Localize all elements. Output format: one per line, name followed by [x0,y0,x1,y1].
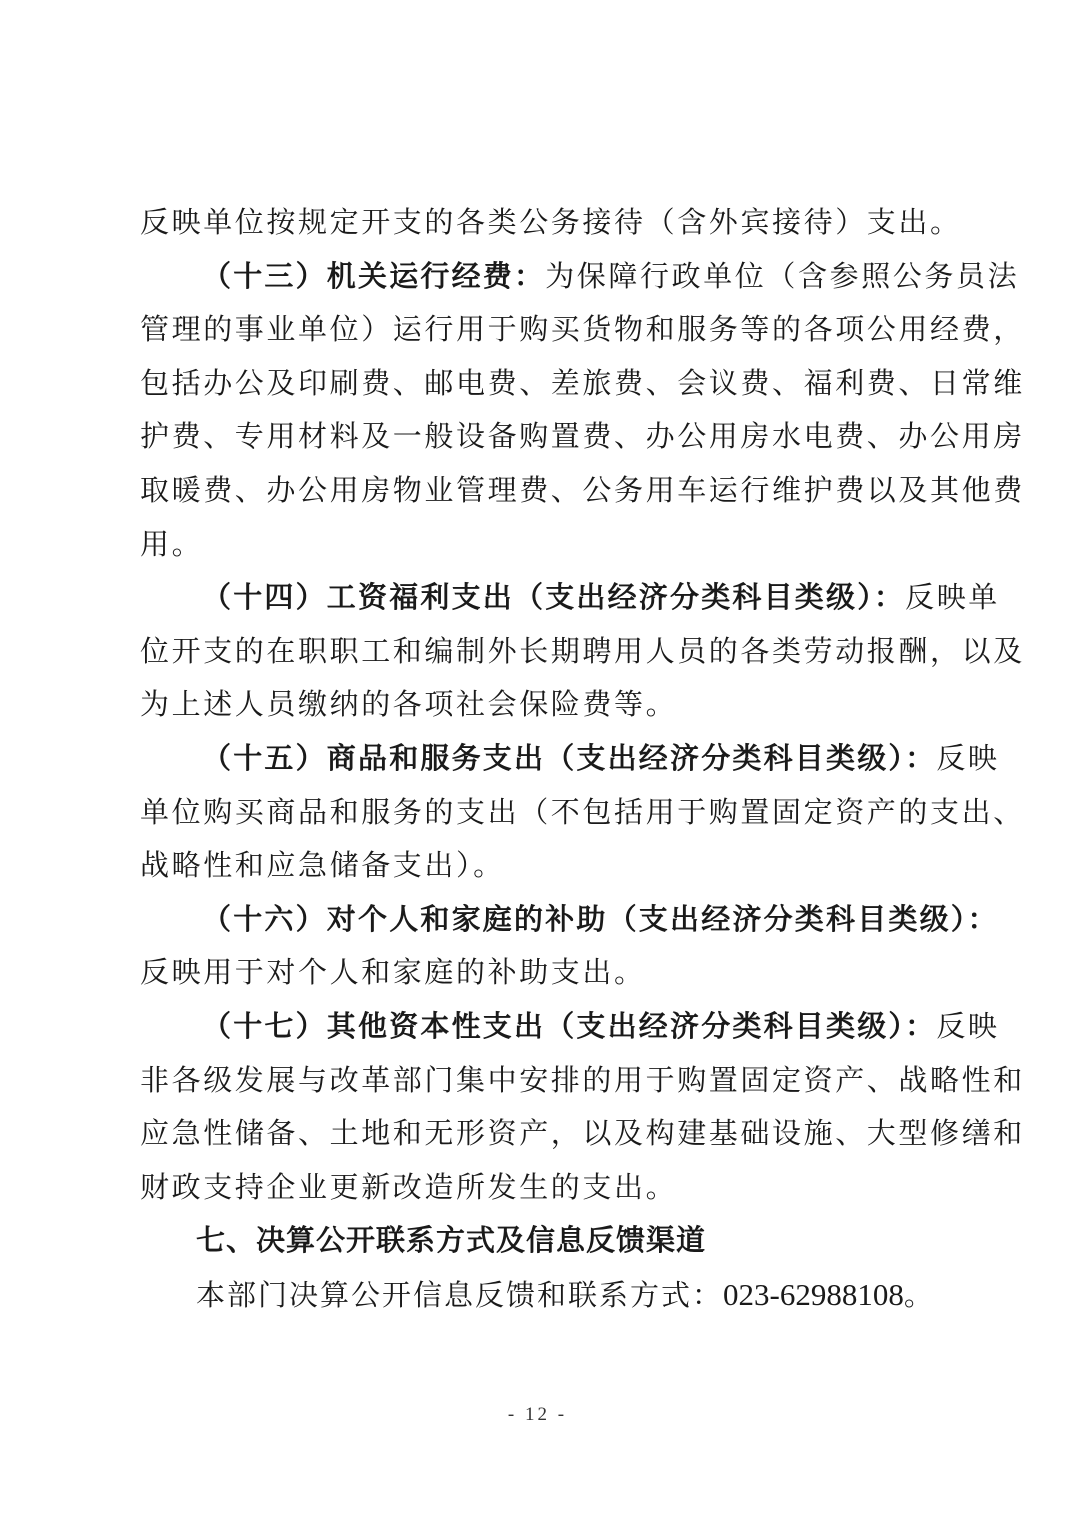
term-label: （十七）其他资本性支出（支出经济分类科目类级）： [202,1009,936,1043]
paragraph-item-14: （十四）工资福利支出（支出经济分类科目类级）：反映单 位开支的在职职工和编制外长… [140,571,940,732]
paragraph-text: 反映单位按规定开支的各类公务接待（含外宾接待）支出。 [140,205,962,239]
paragraph-line: 取暖费、办公用房物业管理费、公务用车运行维护费以及其他费 [140,464,940,518]
paragraph-continuation: 反映单位按规定开支的各类公务接待（含外宾接待）支出。 [140,196,940,250]
term-label: （十五）商品和服务支出（支出经济分类科目类级）： [202,741,936,775]
page-number: - 12 - [0,1404,1075,1426]
paragraph-line: 为上述人员缴纳的各项社会保险费等。 [140,678,940,732]
paragraph-line: 战略性和应急储备支出）。 [140,839,940,893]
paragraph-text: 为保障行政单位（含参照公务员法 [545,259,1019,293]
paragraph-line: 管理的事业单位）运行用于购买货物和服务等的各项公用经费， [140,303,940,357]
paragraph-line: （十四）工资福利支出（支出经济分类科目类级）：反映单 [140,571,940,625]
paragraph-line: 财政支持企业更新改造所发生的支出。 [140,1161,940,1215]
paragraph-line: （十五）商品和服务支出（支出经济分类科目类级）：反映 [140,732,940,786]
paragraph-line: 应急性储备、土地和无形资产，以及构建基础设施、大型修缮和 [140,1107,940,1161]
paragraph-line: 单位购买商品和服务的支出（不包括用于购置固定资产的支出、 [140,786,940,840]
paragraph-text: 反映单 [905,580,1000,614]
paragraph-item-16: （十六）对个人和家庭的补助（支出经济分类科目类级）： 反映用于对个人和家庭的补助… [140,893,940,1000]
paragraph-line: （十三）机关运行经费：为保障行政单位（含参照公务员法 [140,250,940,304]
paragraph-item-17: （十七）其他资本性支出（支出经济分类科目类级）：反映 非各级发展与改革部门集中安… [140,1000,940,1214]
contact-end: 。 [904,1278,935,1312]
paragraph-line: 用。 [140,518,940,572]
contact-label: 本部门决算公开信息反馈和联系方式： [196,1278,723,1312]
paragraph-line: （十七）其他资本性支出（支出经济分类科目类级）：反映 [140,1000,940,1054]
paragraph-text: 反映 [936,741,999,775]
term-label: （十六）对个人和家庭的补助（支出经济分类科目类级）： [202,902,999,936]
paragraph-line: 位开支的在职职工和编制外长期聘用人员的各类劳动报酬，以及 [140,625,940,679]
paragraph-line: 包括办公及印刷费、邮电费、差旅费、会议费、福利费、日常维 [140,357,940,411]
paragraph-line: 反映用于对个人和家庭的补助支出。 [140,946,940,1000]
paragraph-line: 非各级发展与改革部门集中安排的用于购置固定资产、战略性和 [140,1054,940,1108]
paragraph-item-13: （十三）机关运行经费：为保障行政单位（含参照公务员法 管理的事业单位）运行用于购… [140,250,940,572]
section-heading: 七、决算公开联系方式及信息反馈渠道 [140,1214,940,1268]
term-label: （十三）机关运行经费： [202,259,545,293]
document-page: 反映单位按规定开支的各类公务接待（含外宾接待）支出。 （十三）机关运行经费：为保… [140,196,940,1321]
paragraph-line: （十六）对个人和家庭的补助（支出经济分类科目类级）： [140,893,940,947]
paragraph-item-15: （十五）商品和服务支出（支出经济分类科目类级）：反映 单位购买商品和服务的支出（… [140,732,940,893]
contact-info: 本部门决算公开信息反馈和联系方式：023-62988108。 [140,1268,940,1322]
paragraph-line: 护费、专用材料及一般设备购置费、办公用房水电费、办公用房 [140,410,940,464]
contact-phone: 023-62988108 [723,1277,904,1312]
paragraph-text: 反映 [936,1009,999,1043]
term-label: （十四）工资福利支出（支出经济分类科目类级）： [202,580,905,614]
